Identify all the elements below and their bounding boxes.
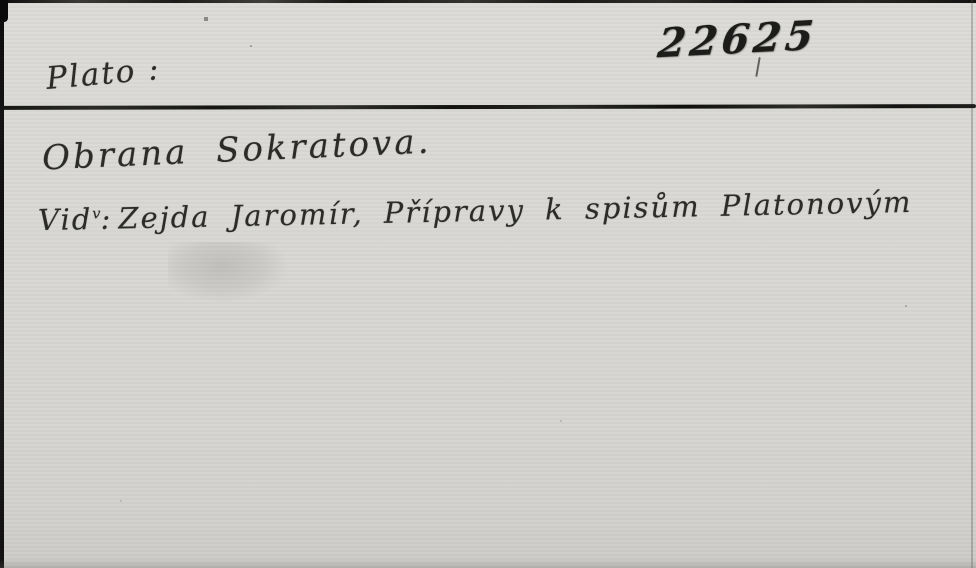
catalog-card: 22625 Plato : Obrana Sokratova. Vidv:Zej… [0, 0, 976, 568]
reference-line: Vidv:Zejda Jaromír, Přípravy k spisům Pl… [38, 185, 913, 237]
accession-number: 22625 [656, 12, 820, 68]
scan-edge-right [971, 0, 973, 568]
reference-citation: Zejda Jaromír, Přípravy k spisům Platono… [118, 185, 913, 236]
scan-edge-top [0, 0, 976, 3]
paper-specks [0, 0, 2, 2]
scan-edge-bottom [0, 559, 976, 568]
author-heading: Plato : [45, 51, 162, 97]
ruled-line [0, 104, 976, 110]
title-line: Obrana Sokratova. [41, 122, 432, 179]
paper-smudge [168, 242, 288, 302]
scan-corner-artifact [0, 0, 8, 22]
reference-separator: : [100, 201, 118, 235]
reference-abbrev: Vid [38, 202, 93, 237]
scan-edge-left [0, 0, 4, 568]
